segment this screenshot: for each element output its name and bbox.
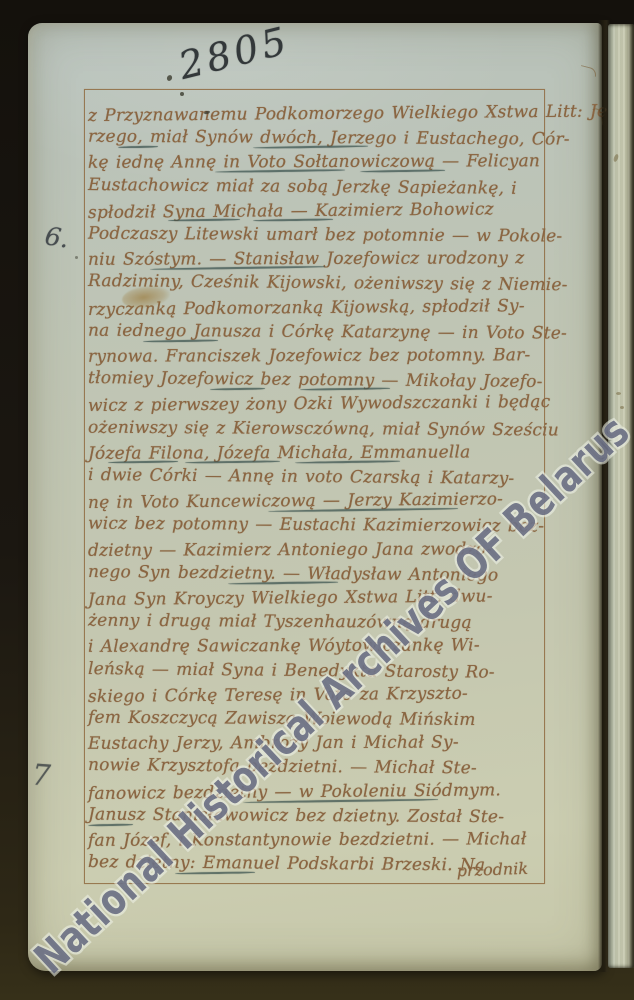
manuscript-line: rzego, miał Synów dwóch, Jerzego i Eusta… — [88, 126, 538, 153]
margin-ink-mark — [579, 65, 597, 77]
ink-speck — [75, 256, 78, 259]
manuscript-line: nowie Krzysztofa bezdzietni. — Michał St… — [88, 754, 538, 782]
manuscript-page: 2805 6. 7 z Przyznawanemu Podkomorzego W… — [28, 23, 602, 971]
adjacent-page-edge — [608, 24, 634, 968]
manuscript-line: leńską — miał Syna i Benedykta Starosty … — [88, 658, 538, 686]
manuscript-line: żenny i drugą miał Tyszenhauzównę drugą — [88, 610, 538, 637]
paper-speck — [620, 406, 624, 409]
manuscript-line: nego Syn bezdzietny. — Władysław Antonie… — [88, 561, 538, 589]
manuscript-line: skiego i Córkę Teresę in Voto za Krzyszt… — [88, 682, 538, 710]
manuscript-line: Eustachy Jerzy, Ambroży Jan i Michał Sy- — [88, 731, 538, 757]
manuscript-line: rynowa. Franciszek Jozefowicz bez potomn… — [88, 344, 538, 370]
manuscript-line: wicz z pierwszey żony Ozki Wywodszczanki… — [88, 391, 538, 419]
manuscript-line: z Przyznawanemu Podkomorzego Wielkiego X… — [88, 101, 538, 129]
ink-speck — [166, 74, 173, 82]
manuscript-line: dzietny — Kazimierz Antoniego Jana zwodz… — [88, 538, 538, 564]
manuscript-line: Podczaszy Litewski umarł bez potomnie — … — [88, 223, 538, 250]
manuscript-line: Janusz Stanisławowicz bez dzietny. Zosta… — [88, 803, 538, 830]
margin-number-6: 6. — [43, 221, 71, 253]
ink-speck — [180, 92, 184, 96]
margin-number-7: 7 — [31, 757, 52, 792]
manuscript-line: Jana Syn Kroyczy Wielkiego Xstwa Litt: d… — [88, 585, 538, 613]
manuscript-line: Eustachowicz miał za sobą Jerzkę Sapieża… — [88, 174, 538, 202]
manuscript-line: fem Koszczycą Zawiszą Woiewodą Mińskim — [88, 707, 538, 734]
manuscript-line: nę in Voto Kuncewiczową — Jerzy Kazimier… — [88, 488, 538, 516]
manuscript-line: wicz bez potomny — Eustachi Kazimierzowi… — [88, 513, 538, 540]
manuscript-line: ożeniwszy się z Kierowsczówną, miał Synó… — [88, 416, 538, 443]
manuscript-line: fan Józef, i Konstantynowie bezdzietni. … — [88, 828, 538, 854]
paper-speck — [613, 154, 619, 163]
paper-speck — [616, 392, 621, 395]
manuscript-line: i Alexandrę Sawiczankę Wóytowiczankę Wi- — [88, 635, 538, 661]
manuscript-line: spłodził Syna Michała — Kazimierz Bohowi… — [88, 198, 538, 226]
archive-number: 2805 — [174, 18, 294, 88]
archival-scan: 2805 6. 7 z Przyznawanemu Podkomorzego W… — [0, 0, 634, 1000]
manuscript-line: kę iednę Annę in Voto Sołtanowiczową — F… — [88, 151, 538, 177]
